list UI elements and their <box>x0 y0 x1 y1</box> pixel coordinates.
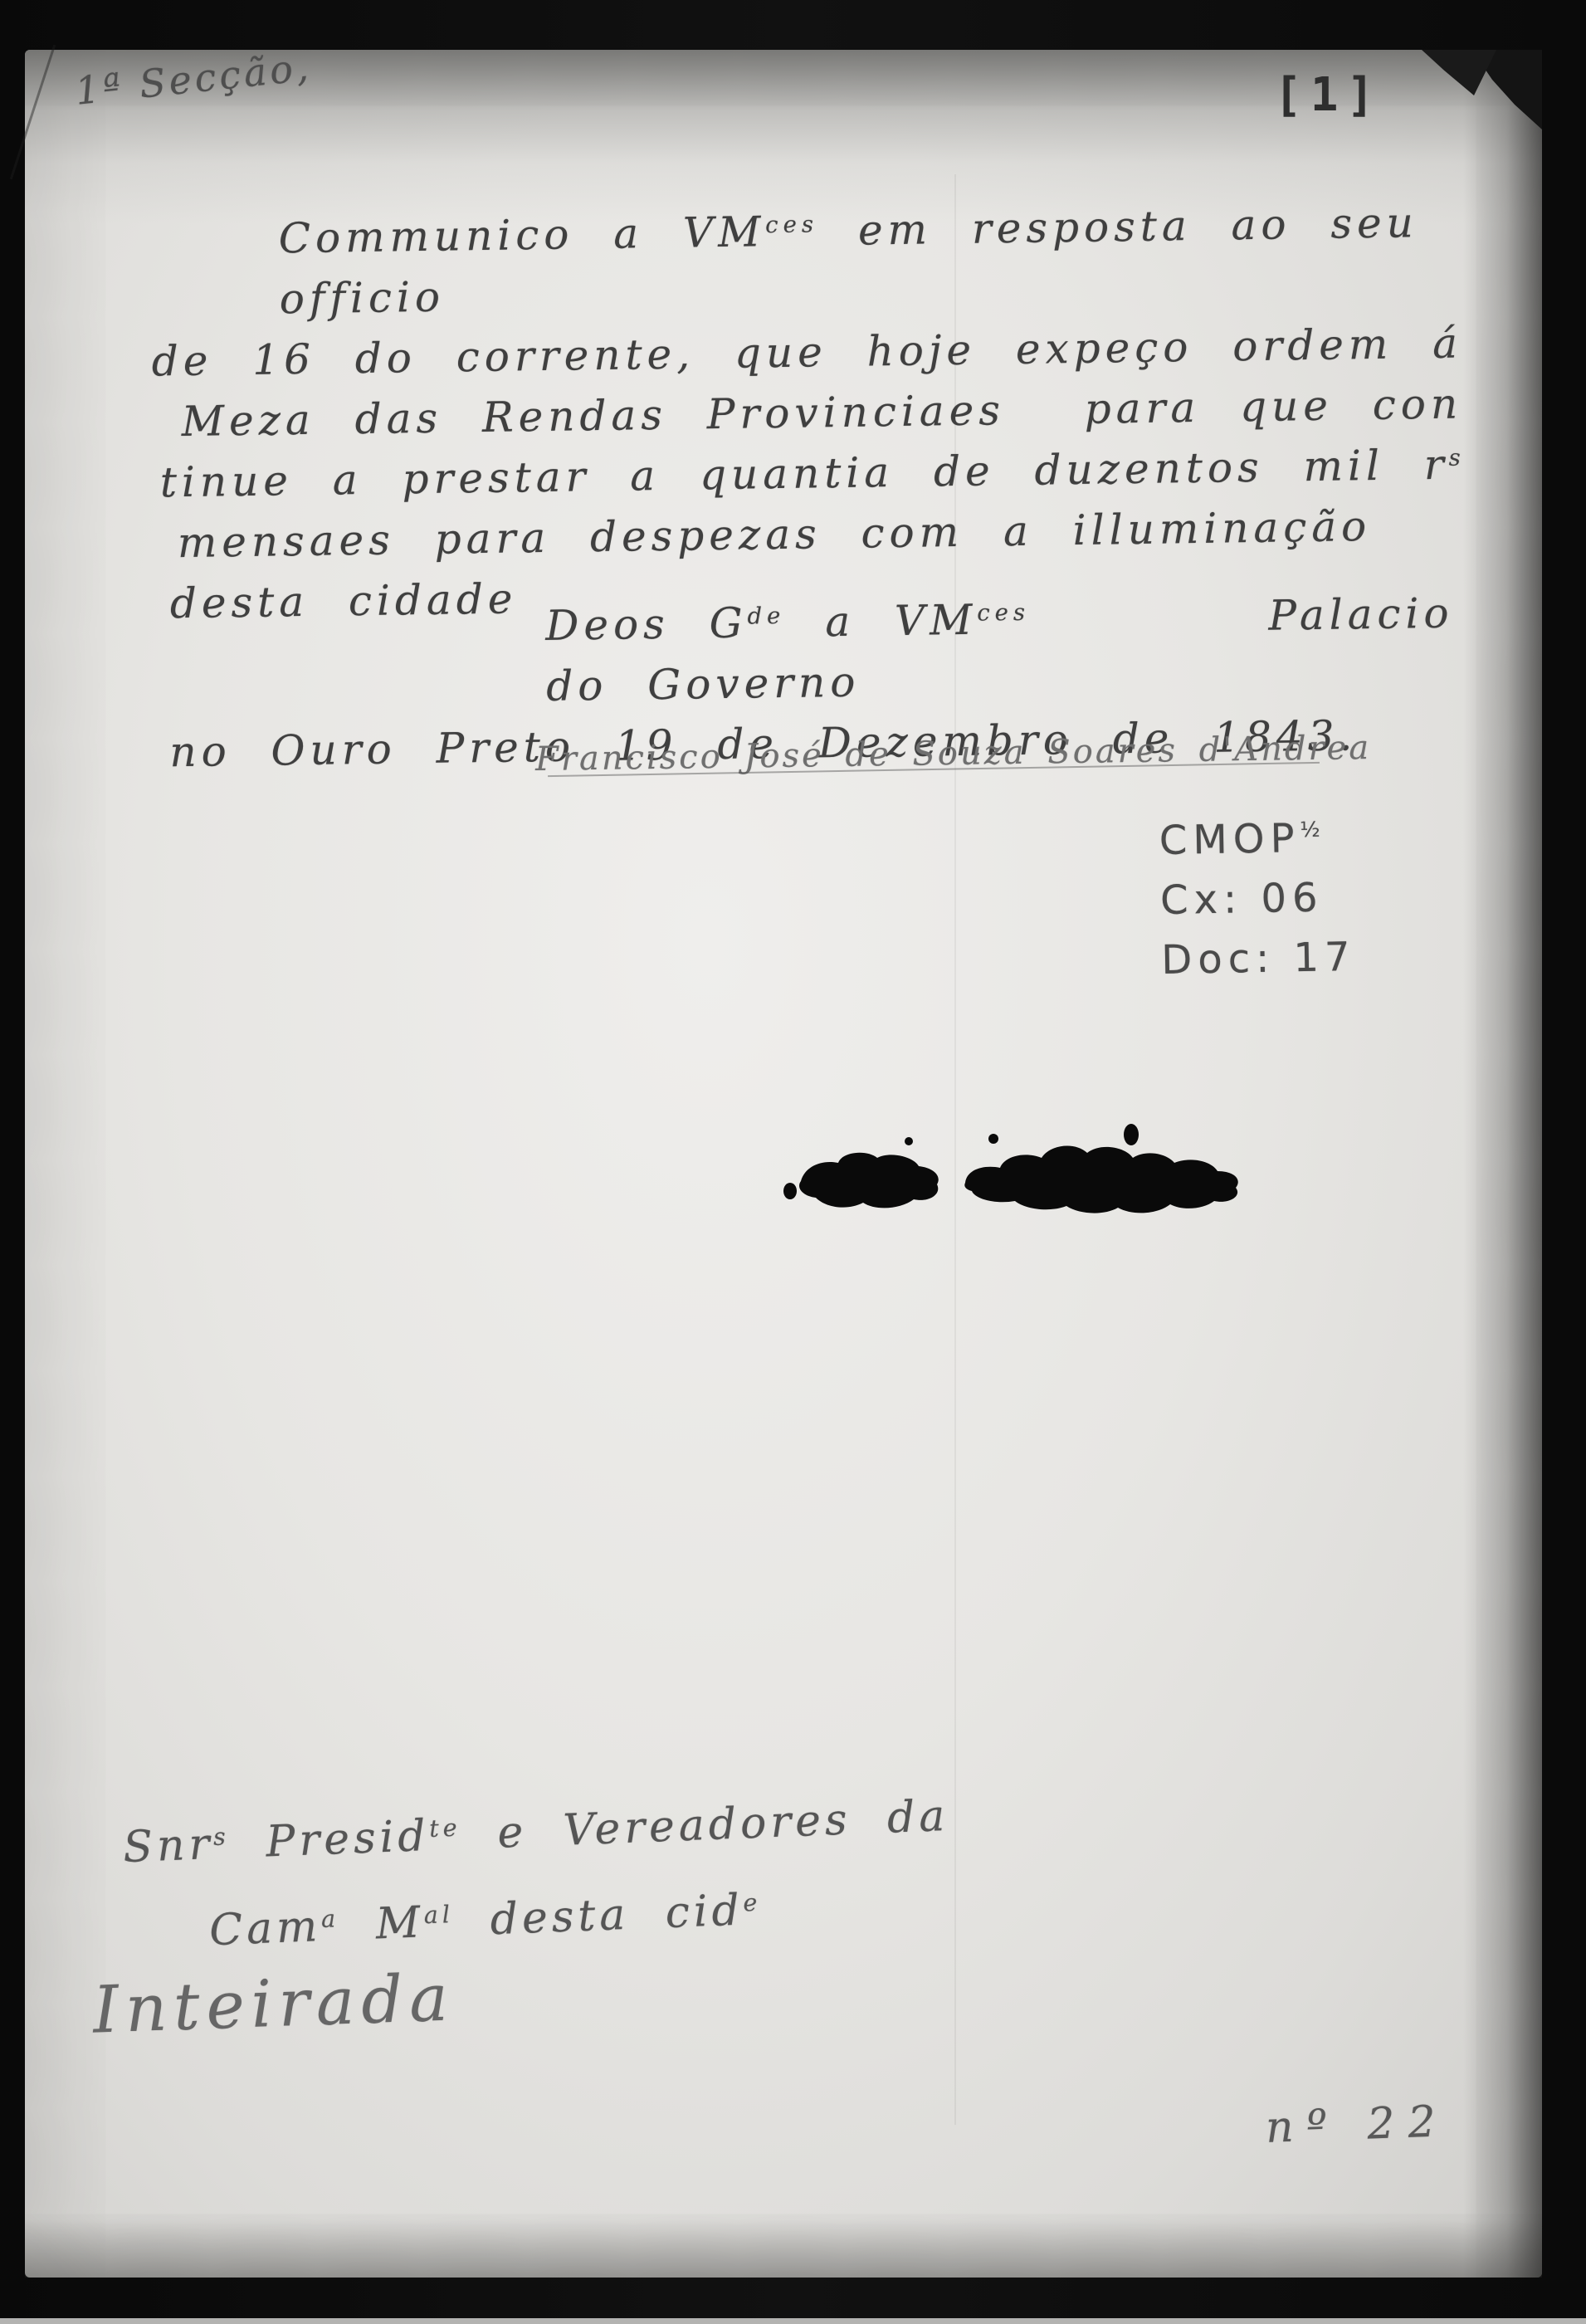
ink-spatter <box>988 1134 998 1144</box>
archive-doc: Doc: 17 <box>1161 927 1356 990</box>
scanner-edge-strip <box>0 2318 1586 2324</box>
received-annotation: Inteirada <box>92 1960 456 2048</box>
ink-blot <box>799 1153 939 1208</box>
document-page: 1ª Secção, [1] Communico a VMces em resp… <box>25 50 1542 2278</box>
letter-body: Communico a VMces em resposta ao seu off… <box>149 192 1526 784</box>
folio-number: [1] <box>1274 68 1383 122</box>
paper-bottom-shading <box>25 2219 1542 2278</box>
letter-line: Communico a VMces em resposta ao seu off… <box>149 192 1520 332</box>
archive-fund: CMOP½ <box>1159 799 1354 871</box>
recipient-address: Snrs Presidte e Vereadores da Cama Mal d… <box>121 1773 954 1977</box>
ink-spatter <box>783 1183 797 1199</box>
ink-blots <box>776 1116 1257 1241</box>
ink-blot <box>964 1145 1237 1213</box>
document-number-note: nº 22 <box>1265 2097 1450 2153</box>
ink-spatter <box>905 1137 913 1145</box>
archive-reference: CMOP½ Cx: 06 Doc: 17 <box>1159 799 1356 990</box>
ink-spatter <box>1124 1124 1139 1145</box>
archive-box: Cx: 06 <box>1159 867 1354 930</box>
scanner-background: 1ª Secção, [1] Communico a VMces em resp… <box>0 0 1586 2324</box>
